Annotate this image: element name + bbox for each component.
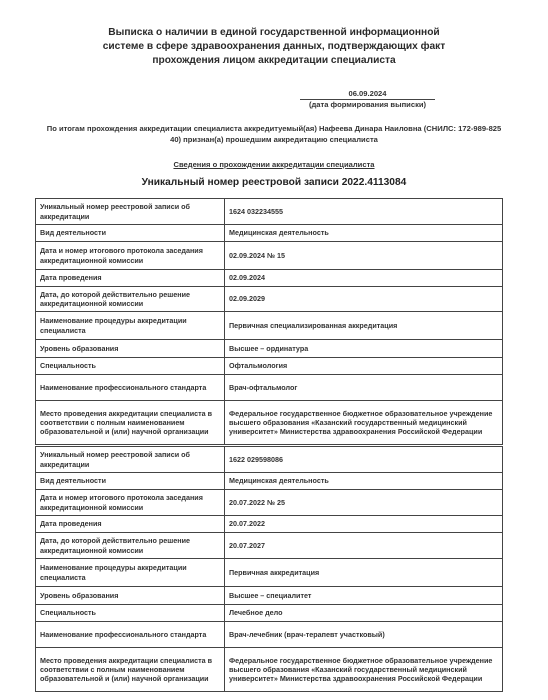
row-value: Федеральное государственное бюджетное об… (225, 648, 503, 692)
row-label: Специальность (36, 358, 225, 375)
row-value: Медицинская деятельность (225, 225, 503, 242)
table-row: Уникальный номер реестровой записи об ак… (36, 447, 503, 473)
table-row: Дата и номер итогового протокола заседан… (36, 490, 503, 516)
intro-line: По итогам прохождения аккредитации специ… (30, 124, 518, 135)
row-value: 02.09.2024 № 15 (225, 242, 503, 270)
table-row: СпециальностьОфтальмология (36, 358, 503, 375)
row-label: Дата и номер итогового протокола заседан… (36, 490, 225, 516)
row-label: Наименование процедуры аккредитации спец… (36, 559, 225, 587)
row-value: Высшее – специалитет (225, 587, 503, 605)
row-value: Врач-лечебник (врач-терапевт участковый) (225, 622, 503, 648)
row-value: Офтальмология (225, 358, 503, 375)
row-label: Наименование процедуры аккредитации спец… (36, 312, 225, 340)
document-title-line: прохождения лицом аккредитации специалис… (60, 54, 488, 68)
row-label: Вид деятельности (36, 473, 225, 490)
row-label: Место проведения аккредитации специалист… (36, 401, 225, 445)
row-value: 1624 032234555 (225, 199, 503, 225)
issue-date-block: 06.09.2024 (дата формирования выписки) (300, 89, 435, 110)
row-value: Федеральное государственное бюджетное об… (225, 401, 503, 445)
row-label: Вид деятельности (36, 225, 225, 242)
row-value: Лечебное дело (225, 605, 503, 622)
row-label: Наименование профессионального стандарта (36, 375, 225, 401)
row-label: Наименование профессионального стандарта (36, 622, 225, 648)
registry-title: Уникальный номер реестровой записи 2022.… (80, 177, 468, 188)
row-label: Уровень образования (36, 587, 225, 605)
table-row: Дата, до которой действительно решение а… (36, 533, 503, 559)
accreditation-table-2: Уникальный номер реестровой записи об ак… (35, 446, 503, 692)
table-row: Наименование процедуры аккредитации спец… (36, 559, 503, 587)
table-row: Уникальный номер реестровой записи об ак… (36, 199, 503, 225)
row-label: Дата проведения (36, 270, 225, 287)
row-value: 02.09.2029 (225, 287, 503, 312)
table-row: Уровень образованияВысшее – ординатура (36, 340, 503, 358)
row-value: Врач-офтальмолог (225, 375, 503, 401)
intro-paragraph: По итогам прохождения аккредитации специ… (30, 124, 518, 145)
row-value: 1622 029598086 (225, 447, 503, 473)
document-title-line: системе в сфере здравоохранения данных, … (60, 40, 488, 54)
row-value: 20.07.2022 № 25 (225, 490, 503, 516)
row-label: Уникальный номер реестровой записи об ак… (36, 447, 225, 473)
table-row: Место проведения аккредитации специалист… (36, 401, 503, 445)
row-value: 02.09.2024 (225, 270, 503, 287)
table-row: Место проведения аккредитации специалист… (36, 648, 503, 692)
intro-line: 40) признан(а) прошедшим аккредитацию сп… (30, 135, 518, 146)
accreditation-table-1: Уникальный номер реестровой записи об ак… (35, 198, 503, 445)
table-row: Наименование процедуры аккредитации спец… (36, 312, 503, 340)
table-row: Наименование профессионального стандарта… (36, 622, 503, 648)
table-row: Дата проведения20.07.2022 (36, 516, 503, 533)
table-row: Дата проведения02.09.2024 (36, 270, 503, 287)
row-label: Дата проведения (36, 516, 225, 533)
document-title-line: Выписка о наличии в единой государственн… (60, 26, 488, 40)
row-label: Дата, до которой действительно решение а… (36, 287, 225, 312)
row-value: Медицинская деятельность (225, 473, 503, 490)
issue-date-label: (дата формирования выписки) (300, 99, 435, 110)
row-label: Дата и номер итогового протокола заседан… (36, 242, 225, 270)
table-row: Дата, до которой действительно решение а… (36, 287, 503, 312)
table-row: Вид деятельностиМедицинская деятельность (36, 225, 503, 242)
table-row: Уровень образованияВысшее – специалитет (36, 587, 503, 605)
row-value: Первичная аккредитация (225, 559, 503, 587)
row-value: 20.07.2022 (225, 516, 503, 533)
row-value: 20.07.2027 (225, 533, 503, 559)
row-value: Первичная специализированная аккредитаци… (225, 312, 503, 340)
row-value: Высшее – ординатура (225, 340, 503, 358)
row-label: Уровень образования (36, 340, 225, 358)
row-label: Специальность (36, 605, 225, 622)
issue-date: 06.09.2024 (300, 89, 435, 99)
row-label: Уникальный номер реестровой записи об ак… (36, 199, 225, 225)
table-row: Вид деятельностиМедицинская деятельность (36, 473, 503, 490)
table-row: Наименование профессионального стандарта… (36, 375, 503, 401)
section-heading: Сведения о прохождении аккредитации спец… (100, 160, 448, 169)
table-row: Дата и номер итогового протокола заседан… (36, 242, 503, 270)
table-row: СпециальностьЛечебное дело (36, 605, 503, 622)
row-label: Место проведения аккредитации специалист… (36, 648, 225, 692)
document-title: Выписка о наличии в единой государственн… (60, 26, 488, 68)
row-label: Дата, до которой действительно решение а… (36, 533, 225, 559)
